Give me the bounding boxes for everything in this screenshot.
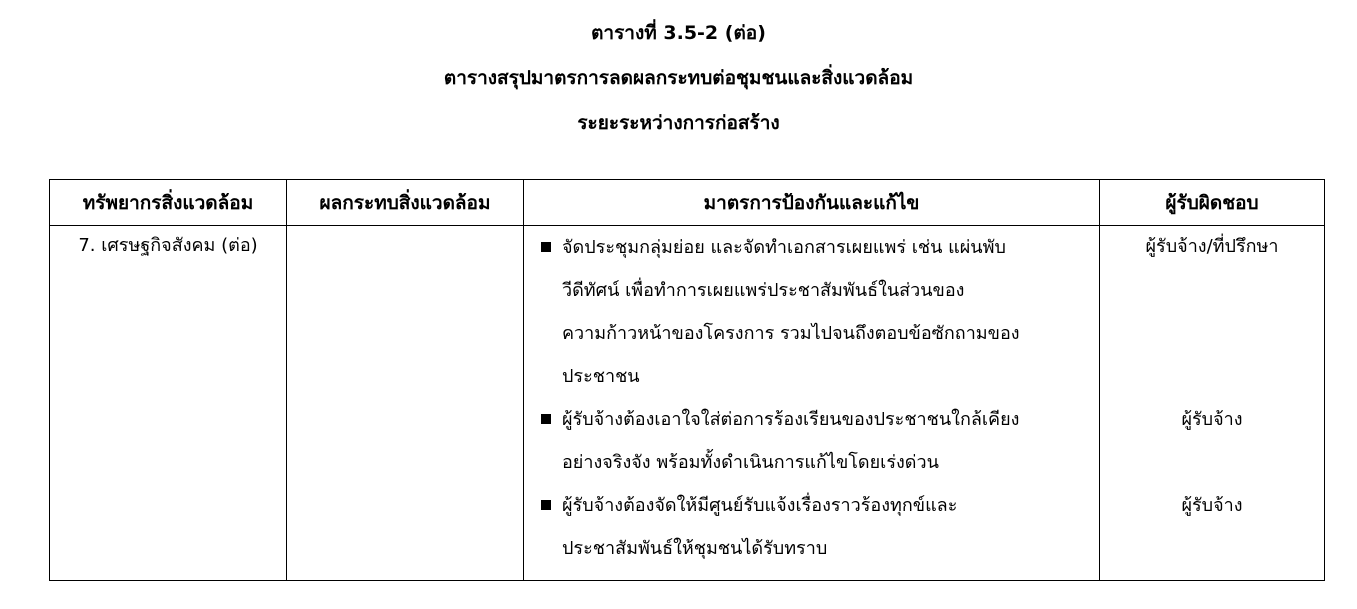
- header-responsible: ผู้รับผิดชอบ: [1100, 180, 1325, 226]
- measure-item: ผู้รับจ้างต้องเอาใจใส่ต่อการร้องเรียนของ…: [524, 398, 1099, 484]
- measure-line: ประชาสัมพันธ์ให้ชุมชนได้รับทราบ: [562, 527, 1089, 570]
- measure-item: จัดประชุมกลุ่มย่อย และจัดทำเอกสารเผยแพร่…: [524, 226, 1099, 398]
- table-subtitle: ระยะระหว่างการก่อสร้าง: [0, 111, 1357, 135]
- square-bullet-icon: [541, 414, 551, 424]
- measure-line: ผู้รับจ้างต้องเอาใจใส่ต่อการร้องเรียนของ…: [562, 398, 1089, 441]
- square-bullet-icon: [541, 242, 551, 252]
- responsible-party: ผู้รับจ้าง/ที่ปรึกษา: [1100, 235, 1324, 259]
- resource-label: 7. เศรษฐกิจสังคม (ต่อ): [50, 234, 286, 258]
- header-measures: มาตรการป้องกันและแก้ไข: [524, 180, 1100, 226]
- table-row: 7. เศรษฐกิจสังคม (ต่อ) จัดประชุมกลุ่มย่อ…: [50, 226, 1325, 581]
- measure-line: ผู้รับจ้างต้องจัดให้มีศูนย์รับแจ้งเรื่อง…: [562, 484, 1089, 527]
- measure-line: จัดประชุมกลุ่มย่อย และจัดทำเอกสารเผยแพร่…: [562, 226, 1089, 269]
- table-title: ตารางสรุปมาตรการลดผลกระทบต่อชุมชนและสิ่ง…: [0, 66, 1357, 90]
- cell-resource: 7. เศรษฐกิจสังคม (ต่อ): [50, 226, 287, 581]
- table-caption: ตารางที่ 3.5-2 (ต่อ): [0, 21, 1357, 45]
- measure-line: ความก้าวหน้าของโครงการ รวมไปจนถึงตอบข้อซ…: [562, 312, 1089, 355]
- cell-responsible: ผู้รับจ้าง/ที่ปรึกษา ผู้รับจ้าง ผู้รับจ้…: [1100, 226, 1325, 581]
- measure-line: ประชาชน: [562, 355, 1089, 398]
- responsible-party: ผู้รับจ้าง: [1100, 494, 1324, 518]
- header-resource: ทรัพยากรสิ่งแวดล้อม: [50, 180, 287, 226]
- responsible-column: ผู้รับจ้าง/ที่ปรึกษา ผู้รับจ้าง ผู้รับจ้…: [1100, 226, 1324, 580]
- measure-line: วีดีทัศน์ เพื่อทำการเผยแพร่ประชาสัมพันธ์…: [562, 269, 1089, 312]
- measure-item: ผู้รับจ้างต้องจัดให้มีศูนย์รับแจ้งเรื่อง…: [524, 484, 1099, 570]
- square-bullet-icon: [541, 500, 551, 510]
- measures-list: จัดประชุมกลุ่มย่อย และจัดทำเอกสารเผยแพร่…: [524, 226, 1099, 570]
- cell-measures: จัดประชุมกลุ่มย่อย และจัดทำเอกสารเผยแพร่…: [524, 226, 1100, 581]
- header-impact: ผลกระทบสิ่งแวดล้อม: [287, 180, 524, 226]
- measure-line: อย่างจริงจัง พร้อมทั้งดำเนินการแก้ไขโดยเ…: [562, 441, 1089, 484]
- cell-impact: [287, 226, 524, 581]
- responsible-party: ผู้รับจ้าง: [1100, 408, 1324, 432]
- mitigation-summary-table: ทรัพยากรสิ่งแวดล้อม ผลกระทบสิ่งแวดล้อม ม…: [49, 179, 1325, 581]
- table-header-row: ทรัพยากรสิ่งแวดล้อม ผลกระทบสิ่งแวดล้อม ม…: [50, 180, 1325, 226]
